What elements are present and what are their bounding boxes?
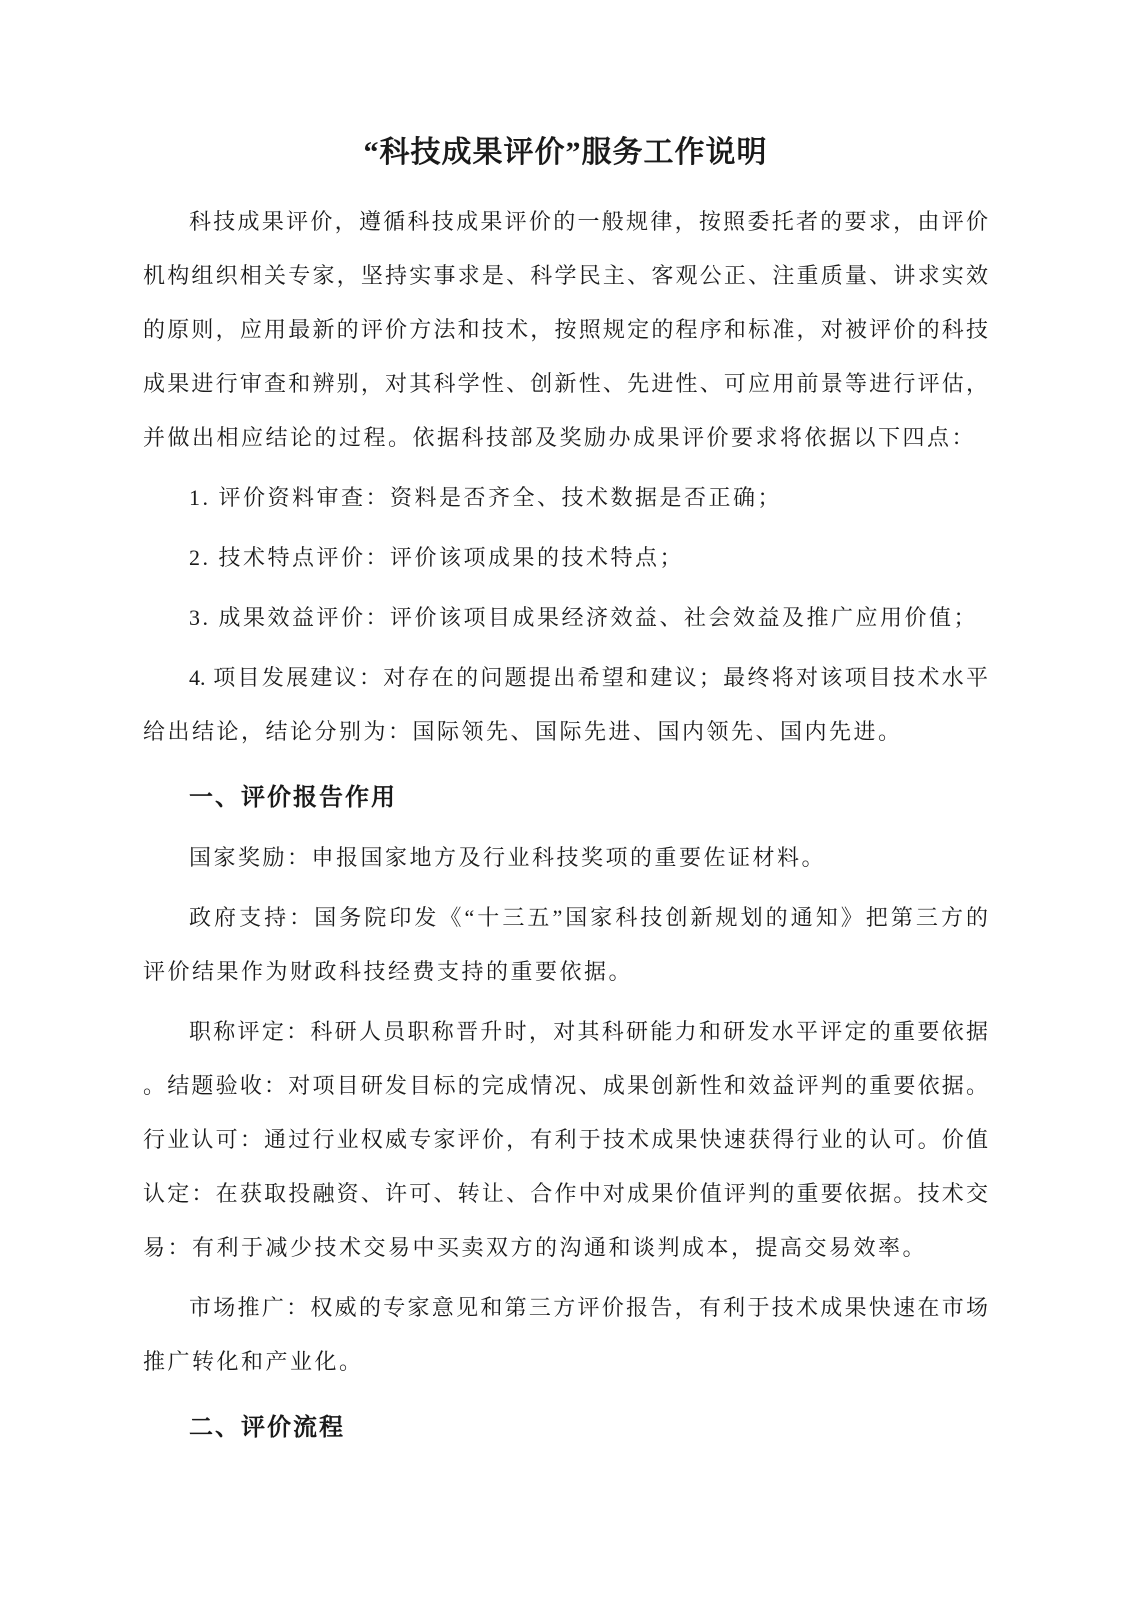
document-body: “科技成果评价”服务工作说明 科技成果评价，遵循科技成果评价的一般规律，按照委托… [143, 131, 988, 1455]
text-line: 4. 项目发展建议：对存在的问题提出希望和建议；最终将对该项目技术水平 [143, 651, 988, 705]
text-line: 易：有利于减少技术交易中买卖双方的沟通和谈判成本，提高交易效率。 [143, 1221, 988, 1275]
text-line: 给出结论，结论分别为：国际领先、国际先进、国内领先、国内先进。 [143, 705, 988, 759]
list-item-1: 1. 评价资料审查：资料是否齐全、技术数据是否正确； [143, 471, 988, 525]
text-line: 市场推广：权威的专家意见和第三方评价报告，有利于技术成果快速在市场 [143, 1281, 988, 1335]
national-award-paragraph: 国家奖励：申报国家地方及行业科技奖项的重要佐证材料。 [143, 831, 988, 885]
list-item-4: 4. 项目发展建议：对存在的问题提出希望和建议；最终将对该项目技术水平 给出结论… [143, 651, 988, 759]
text-line: 并做出相应结论的过程。依据科技部及奖励办成果评价要求将依据以下四点： [143, 411, 988, 465]
text-line: 国家奖励：申报国家地方及行业科技奖项的重要佐证材料。 [143, 831, 988, 885]
text-line: 3. 成果效益评价：评价该项目成果经济效益、社会效益及推广应用价值； [143, 591, 988, 645]
text-line: 认定：在获取投融资、许可、转让、合作中对成果价值评判的重要依据。技术交 [143, 1167, 988, 1221]
government-support-paragraph: 政府支持：国务院印发《“十三五”国家科技创新规划的通知》把第三方的 评价结果作为… [143, 891, 988, 999]
market-promotion-paragraph: 市场推广：权威的专家意见和第三方评价报告，有利于技术成果快速在市场 推广转化和产… [143, 1281, 988, 1389]
document-page: { "doc": { "title": "“科技成果评价”服务工作说明", "i… [0, 0, 1131, 1600]
text-line: 2. 技术特点评价：评价该项成果的技术特点； [143, 531, 988, 585]
text-line: 评价结果作为财政科技经费支持的重要依据。 [143, 945, 988, 999]
evaluation-uses-paragraph: 职称评定：科研人员职称晋升时，对其科研能力和研发水平评定的重要依据 。结题验收：… [143, 1005, 988, 1275]
intro-paragraph: 科技成果评价，遵循科技成果评价的一般规律，按照委托者的要求，由评价 机构组织相关… [143, 195, 988, 465]
text-line: 科技成果评价，遵循科技成果评价的一般规律，按照委托者的要求，由评价 [143, 195, 988, 249]
list-item-3: 3. 成果效益评价：评价该项目成果经济效益、社会效益及推广应用价值； [143, 591, 988, 645]
text-line: 职称评定：科研人员职称晋升时，对其科研能力和研发水平评定的重要依据 [143, 1005, 988, 1059]
text-line: 成果进行审查和辨别，对其科学性、创新性、先进性、可应用前景等进行评估， [143, 357, 988, 411]
text-line: 政府支持：国务院印发《“十三五”国家科技创新规划的通知》把第三方的 [143, 891, 988, 945]
text-line: 机构组织相关专家，坚持实事求是、科学民主、客观公正、注重质量、讲求实效 [143, 249, 988, 303]
text-line: 行业认可：通过行业权威专家评价，有利于技术成果快速获得行业的认可。价值 [143, 1113, 988, 1167]
section-heading-2: 二、评价流程 [143, 1401, 988, 1455]
section-heading-1: 一、评价报告作用 [143, 771, 988, 825]
text-line: 推广转化和产业化。 [143, 1335, 988, 1389]
text-line: 的原则，应用最新的评价方法和技术，按照规定的程序和标准，对被评价的科技 [143, 303, 988, 357]
document-title: “科技成果评价”服务工作说明 [143, 131, 988, 175]
list-item-2: 2. 技术特点评价：评价该项成果的技术特点； [143, 531, 988, 585]
text-line: 。结题验收：对项目研发目标的完成情况、成果创新性和效益评判的重要依据。 [143, 1059, 988, 1113]
text-line: 1. 评价资料审查：资料是否齐全、技术数据是否正确； [143, 471, 988, 525]
